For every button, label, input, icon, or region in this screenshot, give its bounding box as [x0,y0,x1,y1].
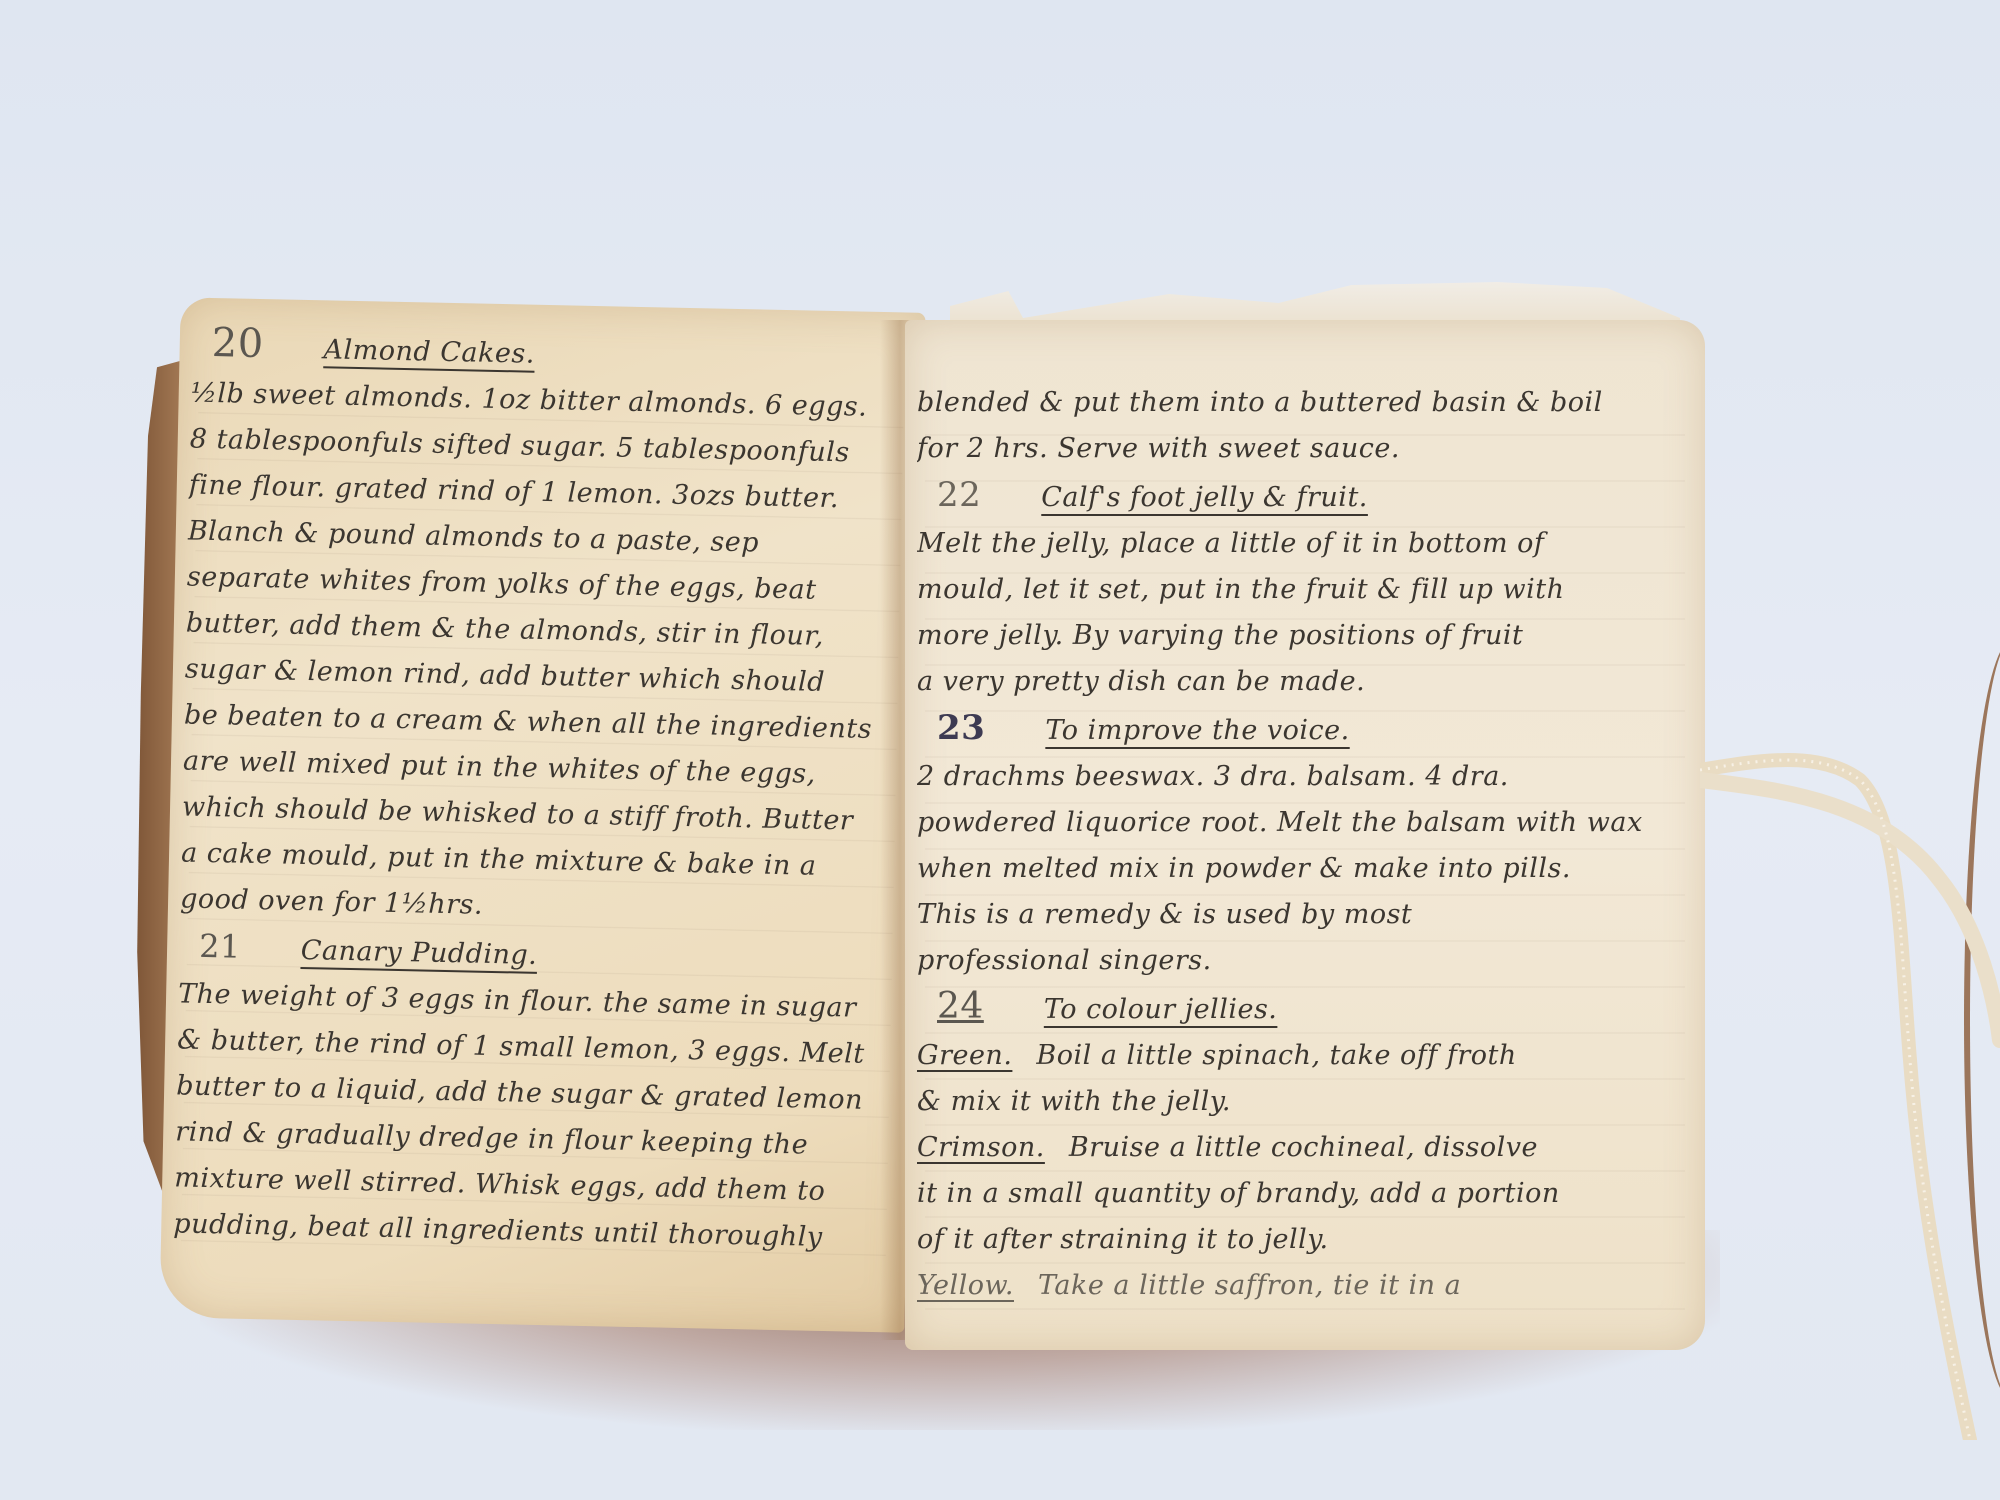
recipe-title: Almond Cakes. [323,327,535,377]
recipe-title: To colour jellies. [1044,987,1278,1033]
colour-item-crimson: Crimson.Bruise a little cochineal, disso… [917,1125,1687,1171]
recipe-line: professional singers. [917,938,1687,984]
recipe-number: 21 [199,923,242,970]
recipe-line: when melted mix in powder & make into pi… [917,846,1687,892]
recipe-line: Take a little saffron, tie it in a [1038,1270,1461,1301]
recipe-notebook: 20 Almond Cakes. ½lb sweet almonds. 1oz … [0,0,2000,1500]
recipe-title: To improve the voice. [1045,708,1349,754]
colour-item-yellow: Yellow.Take a little saffron, tie it in … [917,1263,1687,1309]
recipe-line: a very pretty dish can be made. [917,659,1687,705]
left-page: 20 Almond Cakes. ½lb sweet almonds. 1oz … [159,297,925,1332]
right-page-text: blended & put them into a buttered basin… [917,380,1687,1309]
recipe-line: 2 drachms beeswax. 3 dra. balsam. 4 dra. [917,754,1687,800]
recipe-line: Bruise a little cochineal, dissolve [1069,1132,1538,1163]
recipe-number: 20 [211,320,264,367]
recipe-line: & mix it with the jelly. [917,1079,1687,1125]
recipe-line: blended & put them into a buttered basin… [917,380,1687,426]
recipe-line: Melt the jelly, place a little of it in … [917,521,1687,567]
colour-item-green: Green.Boil a little spinach, take off fr… [917,1033,1687,1079]
recipe-line: more jelly. By varying the positions of … [917,613,1687,659]
frayed-ribbon-bookmark [1700,740,2000,1440]
colour-label: Yellow. [917,1270,1014,1301]
recipe-title: Canary Pudding. [300,928,537,979]
recipe-line: Boil a little spinach, take off froth [1036,1040,1516,1071]
recipe-line: mould, let it set, put in the fruit & fi… [917,567,1687,613]
recipe-line: it in a small quantity of brandy, add a … [917,1171,1687,1217]
recipe-heading: 23 To improve the voice. [917,705,1687,754]
recipe-heading: 24 To colour jellies. [917,984,1687,1033]
recipe-heading: 22 Calf's foot jelly & fruit. [917,472,1687,521]
recipe-line: for 2 hrs. Serve with sweet sauce. [917,426,1687,472]
right-page: blended & put them into a buttered basin… [905,320,1705,1350]
recipe-title: Calf's foot jelly & fruit. [1041,475,1368,521]
recipe-number: 22 [937,472,981,518]
left-page-text: 20 Almond Cakes. ½lb sweet almonds. 1oz … [173,320,907,1263]
recipe-line: of it after straining it to jelly. [917,1217,1687,1263]
recipe-number: 23 [937,705,985,751]
recipe-line: powdered liquorice root. Melt the balsam… [917,800,1687,846]
recipe-number: 24 [937,984,984,1030]
recipe-line: This is a remedy & is used by most [917,892,1687,938]
colour-label: Crimson. [917,1132,1045,1163]
colour-label: Green. [917,1040,1012,1071]
